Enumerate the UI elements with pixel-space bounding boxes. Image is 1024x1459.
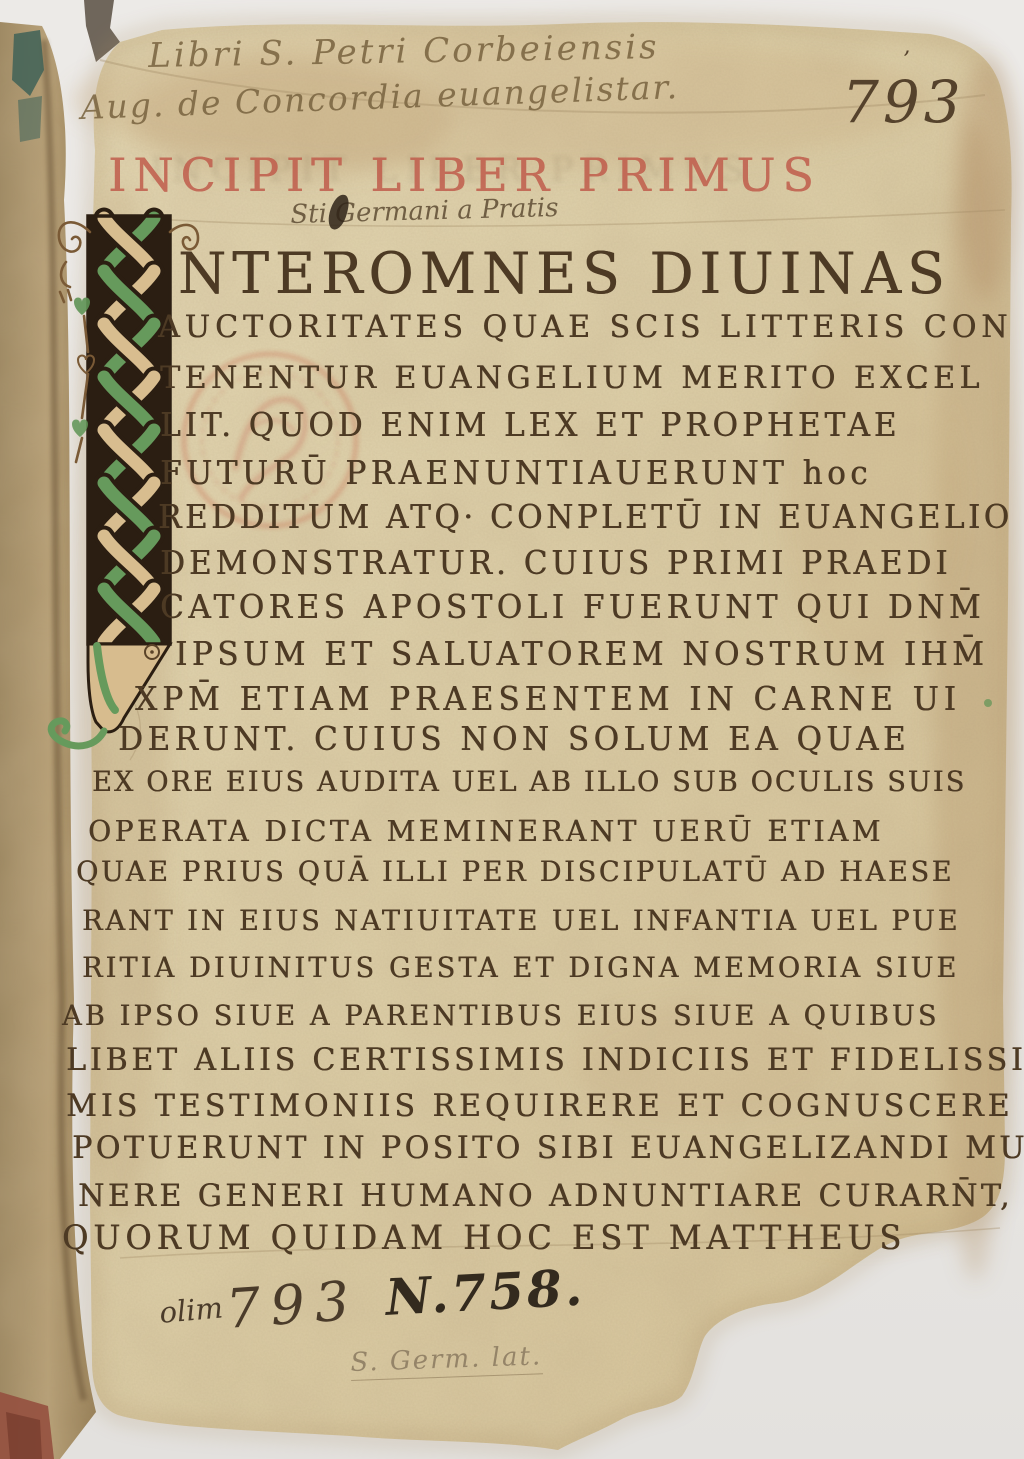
stray-tick-mark: ’ — [903, 48, 910, 73]
text-line: DEMONSTRATUR. CUIUS PRIMI PRAEDI — [160, 545, 951, 582]
text-line: RITIA DIUINITUS GESTA ET DIGNA MEMORIA S… — [82, 952, 959, 984]
text-line: IPSUM ET SALUATOREM NOSTRUM IHM̄ — [175, 636, 988, 673]
shelfmark-number: 793 — [842, 68, 965, 136]
text-line: DERUNT. CUIUS NON SOLUM EA QUAE — [118, 721, 910, 758]
incipit-rubric: INCIPIT LIBER PRIMUS — [108, 148, 821, 202]
text-line: LIBET ALIIS CERTISSIMIS INDICIIS ET FIDE… — [66, 1042, 1024, 1078]
text-line: AB IPSO SIUE A PARENTIBUS EIUS SIUE A QU… — [62, 1000, 939, 1032]
text-line: EX ORE EIUS AUDITA UEL AB ILLO SUB OCULI… — [92, 766, 966, 798]
olim-label: olim — [158, 1290, 224, 1329]
text-line: REDDITUM ATQ· CONPLETŪ IN EUANGELIO — [158, 499, 1012, 536]
text-line: TENENTUR EUANGELIUM MERITO EXCEL — [160, 360, 984, 396]
text-line: OPERATA DICTA MEMINERANT UERŪ ETIAM — [88, 814, 884, 848]
manuscript-photo: .u{stroke:#2b1e12;stroke-width:21;fill:n… — [0, 0, 1024, 1459]
text-line: NERE GENERI HUMANO ADNUNTIARE CURARN̄T, — [78, 1178, 1013, 1214]
text-line: XPM̄ ETIAM PRAESENTEM IN CARNE UI — [135, 681, 961, 718]
text-line: CATORES APOSTOLI FUERUNT QUI DNM̄ — [160, 589, 985, 626]
text-line: MIS TESTIMONIIS REQUIRERE ET COGNUSCERE — [66, 1088, 1013, 1124]
text-line: QUAE PRIUS QUĀ ILLI PER DISCIPULATŪ AD H… — [76, 856, 954, 888]
text-line: AUCTORITATES QUAE SCIS LITTERIS CON — [158, 309, 1012, 345]
marginal-dash: ‒ — [908, 368, 927, 403]
catalog-number: N.758. — [384, 1258, 587, 1327]
olim-number: 793 — [224, 1269, 361, 1341]
text-line: RANT IN EIUS NATIUITATE UEL INFANTIA UEL… — [82, 905, 960, 937]
text-line: LIT. QUOD ENIM LEX ET PROPHETAE — [160, 407, 900, 444]
green-speck — [984, 699, 992, 707]
text-line: NTEROMNES DIUINAS — [178, 240, 951, 307]
collection-mark: S. Germ. lat. — [350, 1341, 543, 1381]
text-line: POTUERUNT IN POSITO SIBI EUANGELIZANDI M… — [72, 1130, 1024, 1166]
text-line: FUTURŪ PRAENUNTIAUERUNT hoc — [160, 455, 872, 492]
text-line: QUORUM QUIDAM HOC EST MATTHEUS — [62, 1218, 906, 1258]
